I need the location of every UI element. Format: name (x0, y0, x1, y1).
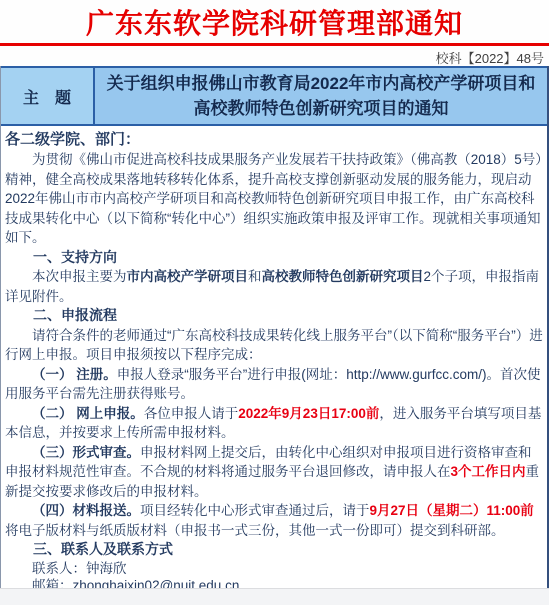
body-paragraph: 本次申报主要为市内高校产学研项目和高校教师特色创新研究项目2个子项，申报指南详见… (5, 267, 543, 306)
subject-label: 主 题 (1, 68, 95, 124)
paragraph-text: 本次申报主要为 (32, 269, 127, 284)
paragraph-text: 各位申报人请于 (144, 406, 239, 421)
paragraph-text: （一） 注册。 (32, 367, 117, 382)
body-paragraph: 三、联系人及联系方式 (5, 540, 543, 560)
paragraph-text: 请符合条件的老师通过“广东高校科技成果转化线上服务平台”（以下简称“服务平台”）… (5, 328, 543, 363)
subject-title-line-2: 高校教师特色创新研究项目的通知 (194, 96, 449, 121)
body-paragraph: （四）材料报送。项目经转化中心形式审查通过后，请于9月27日（星期二）11:00… (5, 501, 543, 540)
paragraph-text: （三）形式审查。 (32, 445, 140, 460)
deadline-text: 3个工作日内 (451, 464, 526, 479)
paragraph-text: 一、支持方向 (33, 249, 117, 265)
page-title: 广东东软学院科研管理部通知 (0, 0, 549, 41)
deadline-text: 9月27日（星期二）11:00前 (370, 503, 534, 518)
footer-strip (0, 588, 549, 605)
body-paragraph: 请符合条件的老师通过“广东高校科技成果转化线上服务平台”（以下简称“服务平台”）… (5, 326, 543, 365)
masthead: 广东东软学院科研管理部通知 校科【2022】48号 (0, 0, 549, 66)
body-paragraph: 一、支持方向 (5, 248, 543, 268)
paragraph-text: （四）材料报送。 (32, 503, 140, 518)
paragraph-text: 高校教师特色创新研究项目 (262, 269, 424, 284)
body-paragraph: （二） 网上申报。各位申报人请于2022年9月23日17:00前，进入服务平台填… (5, 404, 543, 443)
document-frame: 主 题 关于组织申报佛山市教育局2022年市内高校产学研项目和 高校教师特色创新… (0, 66, 549, 590)
notice-body: 各二级学院、部门：为贯彻《佛山市促进高校科技成果服务产业发展若干扶持政策》（佛高… (1, 126, 547, 590)
paragraph-text: 市内高校产学研项目 (127, 269, 249, 284)
subject-title: 关于组织申报佛山市教育局2022年市内高校产学研项目和 高校教师特色创新研究项目… (95, 68, 547, 124)
subject-banner: 主 题 关于组织申报佛山市教育局2022年市内高校产学研项目和 高校教师特色创新… (1, 66, 547, 126)
body-paragraph: 二、申报流程 (5, 306, 543, 326)
paragraph-text: （二） 网上申报。 (32, 406, 144, 421)
body-paragraph: 联系人：钟海欣 (5, 560, 543, 577)
body-paragraph: 为贯彻《佛山市促进高校科技成果服务产业发展若干扶持政策》（佛高教（2018）5号… (5, 150, 543, 248)
paragraph-text: 项目经转化中心形式审查通过后，请于 (140, 503, 370, 518)
body-paragraph: 各二级学院、部门： (5, 129, 543, 150)
notice-page: 广东东软学院科研管理部通知 校科【2022】48号 主 题 关于组织申报佛山市教… (0, 0, 549, 605)
paragraph-text: 三、联系人及联系方式 (33, 541, 173, 557)
paragraph-text: 为贯彻《佛山市促进高校科技成果服务产业发展若干扶持政策》（佛高教（2018）5号… (5, 152, 542, 245)
body-paragraph: （一） 注册。申报人登录“服务平台”进行申报(网址：http://www.gur… (5, 365, 543, 404)
paragraph-text: 联系人：钟海欣 (32, 561, 127, 576)
doc-number: 校科【2022】48号 (0, 46, 549, 66)
paragraph-text: 二、申报流程 (33, 307, 117, 323)
paragraph-text: 各二级学院、部门： (5, 131, 140, 148)
deadline-text: 2022年9月23日17:00前 (238, 406, 379, 421)
subject-title-line-1: 关于组织申报佛山市教育局2022年市内高校产学研项目和 (107, 71, 536, 96)
paragraph-text: 和 (248, 269, 262, 284)
paragraph-text: 将电子版材料与纸质版材料（申报书一式三份，其他一式一份即可）提交到科研部。 (5, 523, 505, 538)
body-paragraph: （三）形式审查。申报材料网上提交后，由转化中心组织对申报项目进行资格审查和申报材… (5, 443, 543, 502)
